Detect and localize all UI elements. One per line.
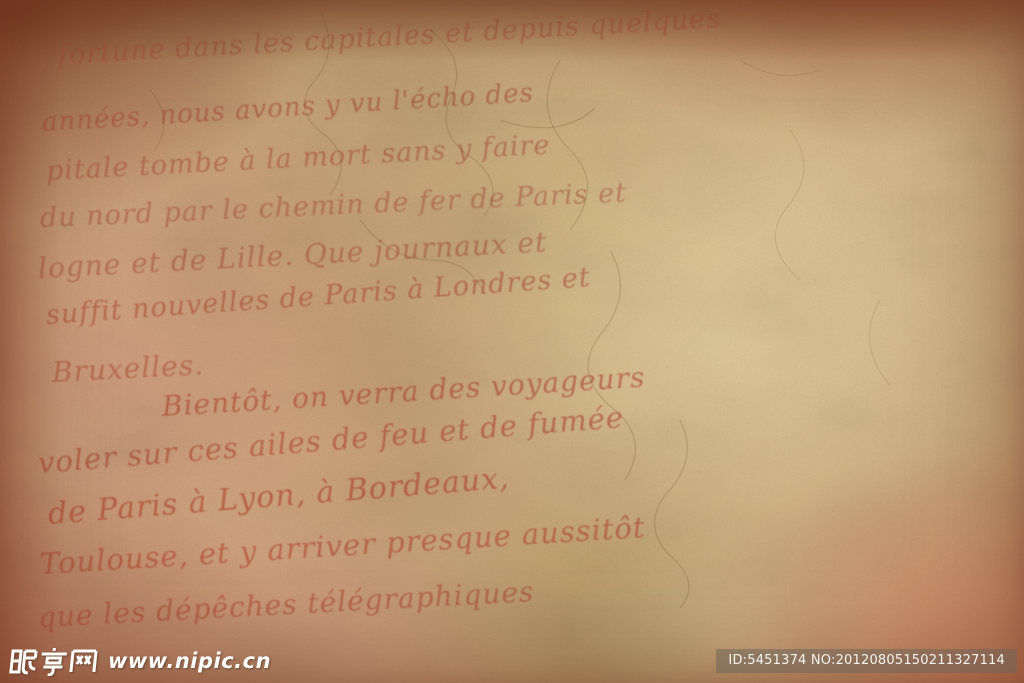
cjk-glyph-wang [71, 651, 96, 672]
nipic-watermark: www.nipic.cn [10, 647, 271, 676]
handwriting-line: pitale tombe à la mort sans y faire [45, 130, 551, 187]
cjk-glyph-xiang [40, 648, 68, 675]
handwriting-line: années, nous avons y vu l'écho des [41, 78, 535, 138]
cjk-glyph-ni [11, 651, 37, 673]
parchment-photo: fortune dans les capitales et depuis que… [0, 0, 1024, 683]
image-id-badge: ID:5451374 NO:20120805150211327114 [716, 649, 1017, 673]
nipic-logo-cjk [8, 647, 99, 676]
handwriting-line: Bruxelles. [51, 348, 205, 389]
nipic-url: www.nipic.cn [108, 651, 271, 672]
handwriting-line: fortune dans les capitales et depuis que… [57, 3, 722, 71]
handwriting-line: que les dépêches télégraphiques [37, 575, 535, 634]
